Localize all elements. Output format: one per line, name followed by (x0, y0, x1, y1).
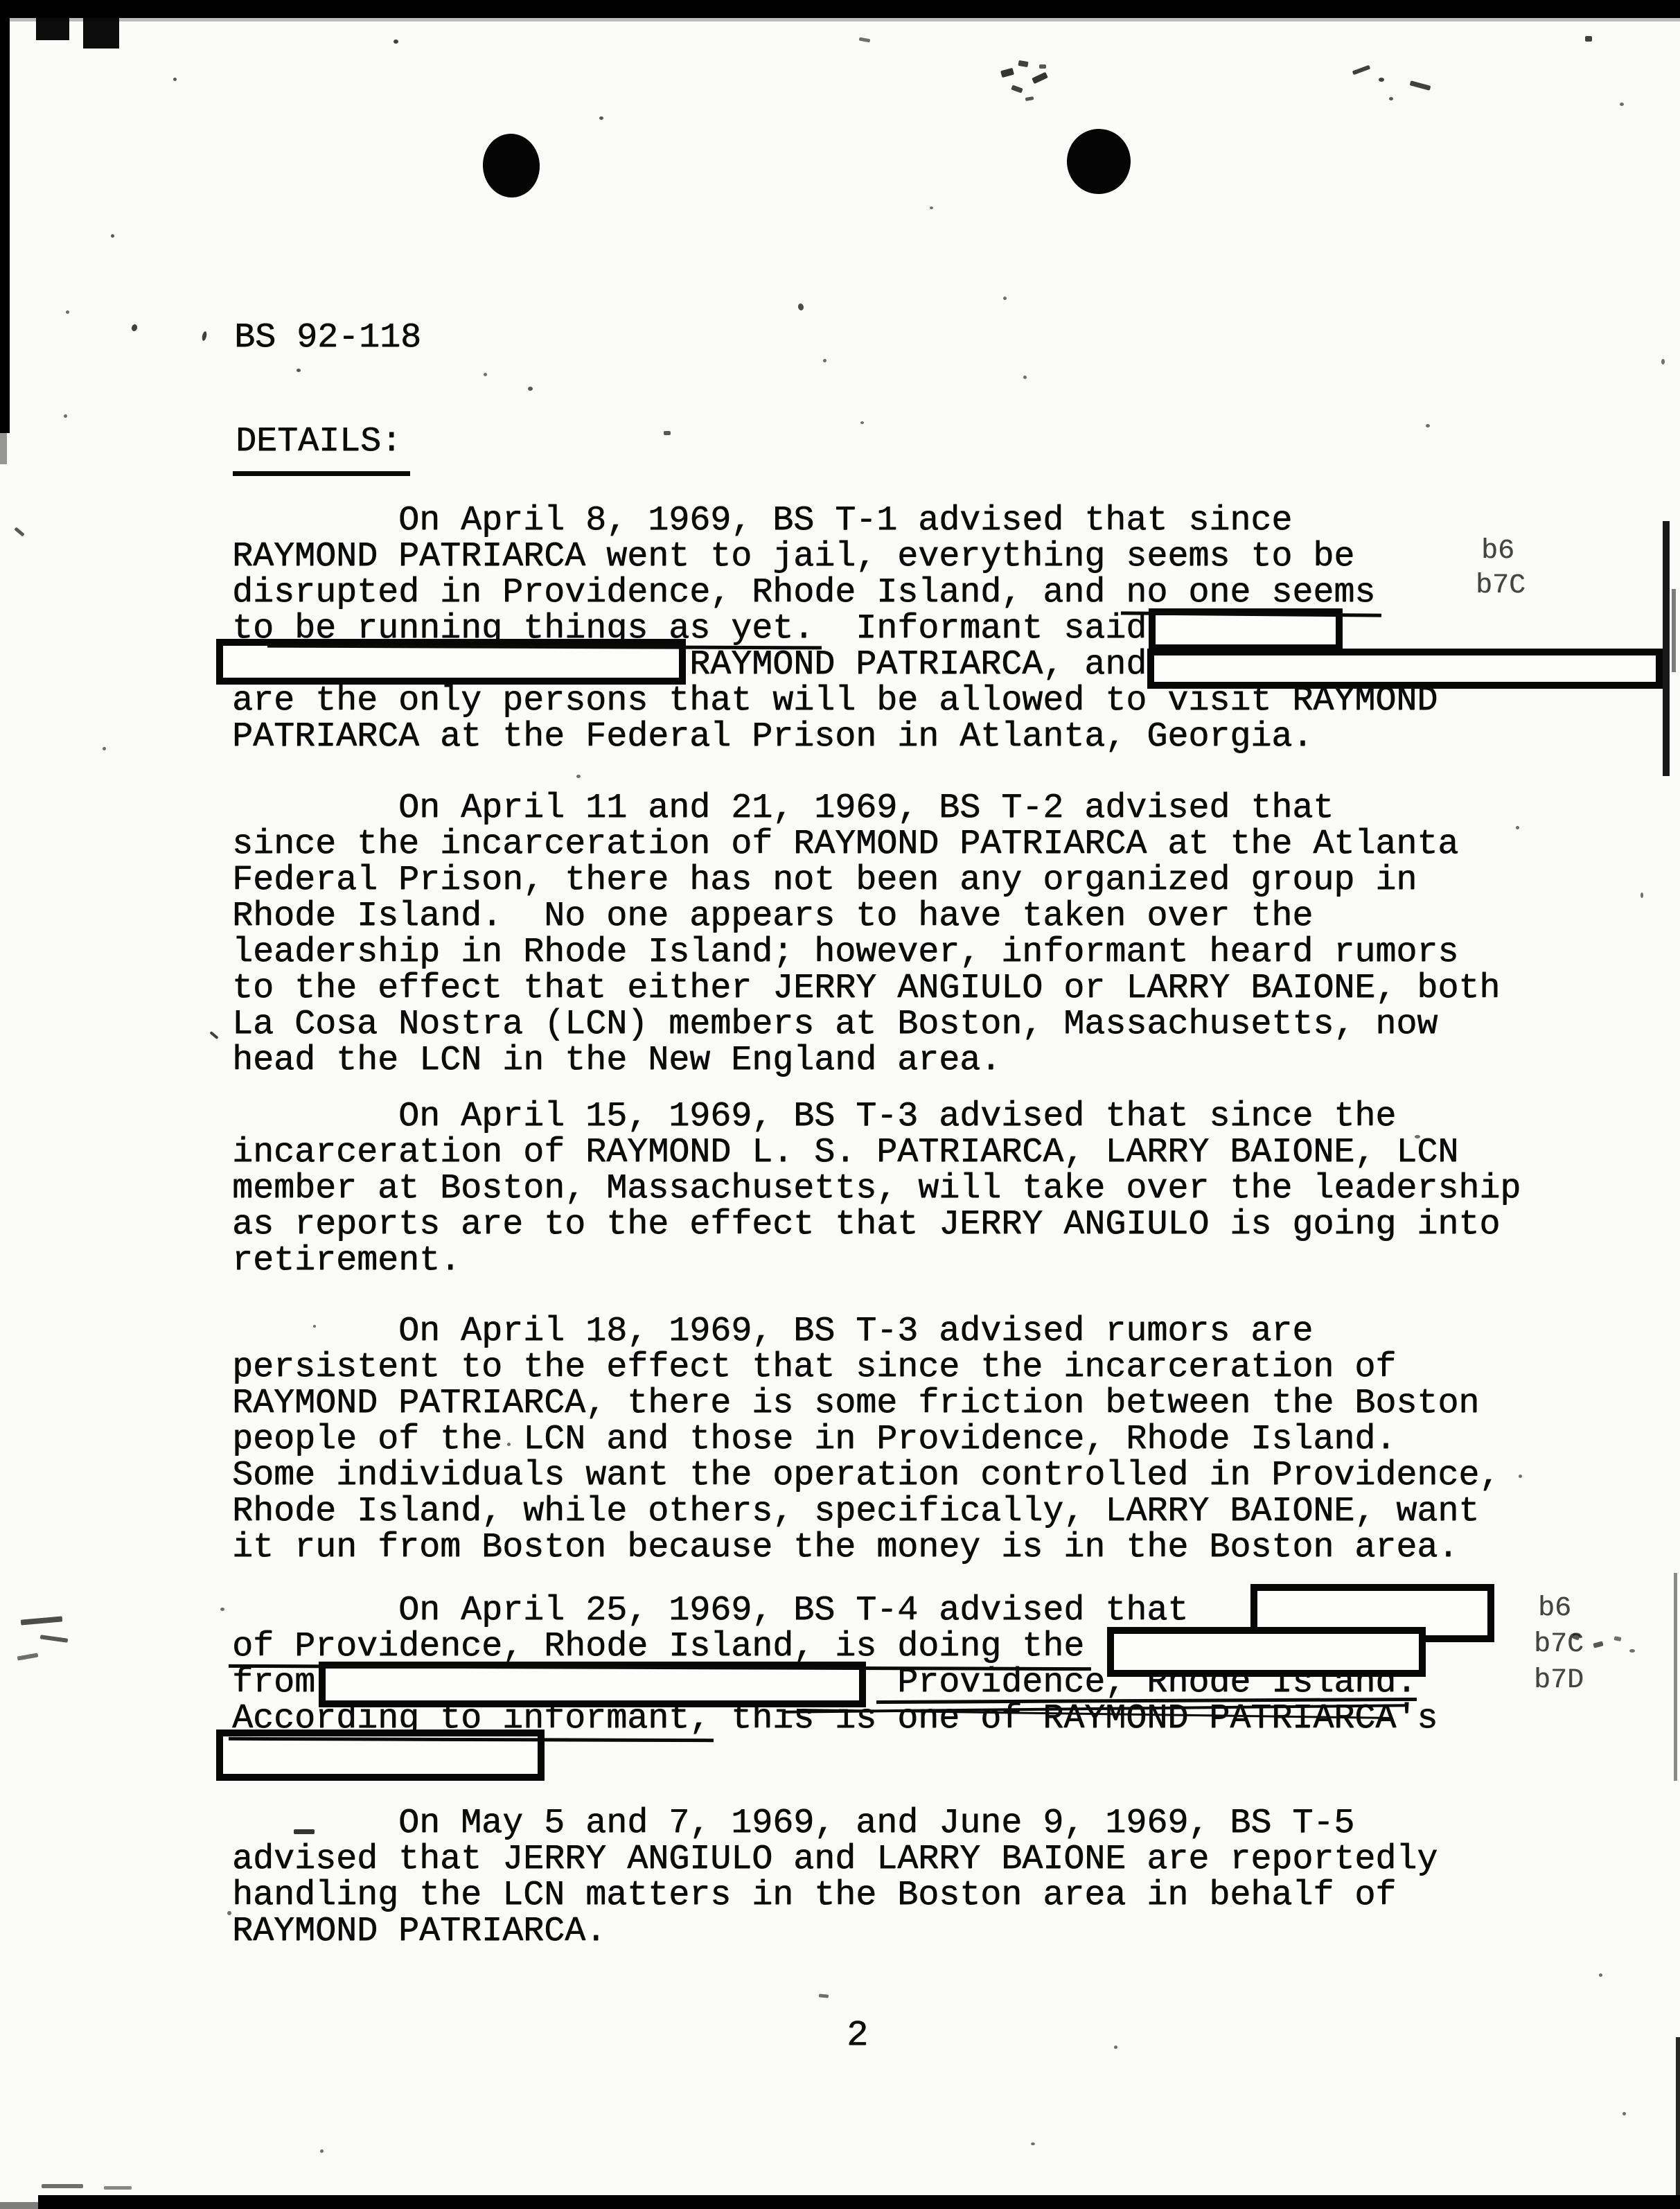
scan-speck (576, 775, 581, 778)
scan-speck (14, 527, 24, 536)
scan-speck (1352, 65, 1370, 76)
scan-speck (1027, 1408, 1030, 1411)
scan-edge (1674, 1573, 1677, 1781)
scan-speck (220, 1608, 224, 1611)
scan-speck (104, 2186, 132, 2190)
scan-speck (594, 1339, 598, 1342)
scan-speck (64, 414, 67, 418)
scan-speck (1032, 72, 1048, 84)
scan-speck (1114, 2045, 1117, 2049)
scan-speck (66, 310, 69, 314)
scan-speck (294, 1829, 315, 1834)
scan-speck (209, 1031, 218, 1039)
scan-edge (1672, 589, 1676, 672)
scan-edge (0, 0, 10, 433)
scan-speck (227, 1911, 231, 1915)
scan-speck (1629, 1649, 1635, 1653)
scan-speck (1000, 68, 1014, 78)
redaction-box (1147, 649, 1663, 689)
hole-punch (481, 132, 542, 199)
scan-edge (1676, 2037, 1680, 2209)
scan-speck (1599, 1973, 1602, 1977)
scan-speck (1003, 297, 1007, 300)
scan-speck (1410, 80, 1431, 91)
scan-speck (17, 1653, 39, 1660)
exemption-code-note: b7C (1476, 571, 1526, 601)
scan-speck (1585, 36, 1592, 42)
scan-speck (320, 2149, 324, 2153)
scan-speck (599, 116, 603, 120)
case-number: BS 92-118 (234, 320, 421, 356)
scan-edge (36, 18, 69, 40)
scan-speck (1593, 1641, 1603, 1648)
scan-edge (38, 2195, 1680, 2209)
scan-speck (819, 1994, 829, 1998)
scan-speck (664, 431, 671, 435)
redaction-box (1107, 1627, 1426, 1677)
scan-speck (313, 1325, 316, 1328)
scan-speck (930, 206, 933, 209)
scan-speck (173, 78, 177, 81)
scan-speck (42, 2184, 83, 2188)
scan-speck (859, 37, 871, 43)
scan-edge (83, 18, 119, 49)
scan-speck (1031, 2142, 1035, 2145)
scan-speck (1516, 826, 1519, 829)
page-number: 2 (847, 2018, 868, 2054)
scan-speck (823, 359, 826, 362)
scan-speck (1379, 78, 1384, 82)
scan-speck (21, 1616, 62, 1625)
scan-speck (131, 324, 138, 332)
scan-speck (1661, 359, 1665, 364)
paragraph: On April 18, 1969, BS T-3 advised rumors… (232, 1314, 1500, 1566)
scan-speck (1641, 892, 1643, 898)
scan-edge (0, 0, 1680, 18)
paragraph: On April 15, 1969, BS T-3 advised that s… (232, 1099, 1521, 1279)
scan-speck (1025, 96, 1034, 101)
scan-speck (484, 373, 487, 376)
scan-speck (202, 331, 208, 342)
scan-speck (1614, 1636, 1622, 1642)
scan-edge (0, 433, 7, 464)
exemption-code-note: b7D (1534, 1666, 1584, 1696)
scan-edge (1663, 521, 1670, 776)
scan-speck (528, 387, 533, 391)
scan-speck (1620, 103, 1624, 106)
scan-speck (1018, 60, 1028, 67)
scan-edge (0, 2202, 38, 2209)
scan-speck (394, 39, 398, 44)
scan-speck (40, 1635, 68, 1643)
scan-speck (111, 234, 114, 238)
scan-speck (1023, 376, 1027, 379)
exemption-code-note: b6 (1538, 1594, 1571, 1624)
scan-speck (1426, 424, 1430, 428)
scan-speck (103, 747, 106, 750)
scan-speck (797, 303, 804, 311)
hole-punch (1066, 127, 1133, 196)
details-heading: DETAILS: (236, 424, 402, 460)
scan-speck (860, 421, 864, 424)
hand-underline (233, 471, 410, 476)
scan-speck (1039, 64, 1046, 69)
scan-speck (507, 1443, 511, 1446)
scan-speck (297, 369, 301, 372)
paragraph: On April 11 and 21, 1969, BS T-2 advised… (232, 791, 1500, 1079)
paragraph: On May 5 and 7, 1969, and June 9, 1969, … (232, 1806, 1438, 1950)
exemption-code-note: b6 (1481, 536, 1514, 567)
scan-speck (1011, 85, 1023, 93)
scan-speck (1415, 1135, 1420, 1138)
scan-speck (1389, 97, 1393, 100)
scan-speck (1622, 2112, 1626, 2115)
scan-speck (1519, 1475, 1522, 1478)
document-page: BS 92-118 DETAILS: On April 8, 1969, BS … (0, 0, 1680, 2209)
scan-edge (0, 18, 1680, 21)
